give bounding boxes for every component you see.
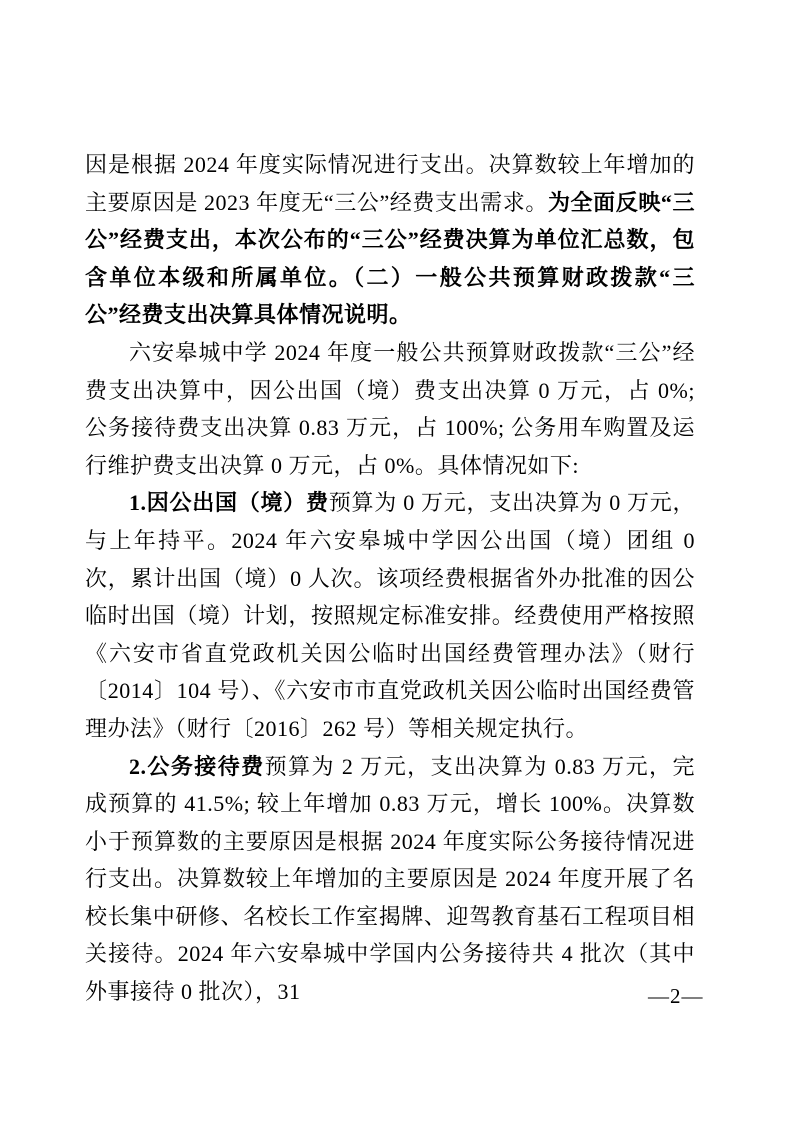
bold-text-segment: 2.公务接待费 xyxy=(129,754,265,779)
bold-text-segment: 1.因公出国（境）费 xyxy=(129,490,329,515)
document-page: 因是根据 2024 年度实际情况进行支出。决算数较上年增加的主要原因是 2023… xyxy=(0,0,793,1122)
text-segment: 六安皋城中学 2024 年度一般公共预算财政拨款“三公”经费支出决算中，因公出国… xyxy=(85,340,695,478)
text-segment: 预算为 2 万元，支出决算为 0.83 万元，完成预算的 41.5%; 较上年增… xyxy=(85,754,695,1005)
paragraph-overview: 六安皋城中学 2024 年度一般公共预算财政拨款“三公”经费支出决算中，因公出国… xyxy=(85,334,695,484)
paragraph-item2-reception-expense: 2.公务接待费预算为 2 万元，支出决算为 0.83 万元，完成预算的 41.5… xyxy=(85,748,695,1011)
document-body: 因是根据 2024 年度实际情况进行支出。决算数较上年增加的主要原因是 2023… xyxy=(85,146,695,1011)
paragraph-carryover: 因是根据 2024 年度实际情况进行支出。决算数较上年增加的主要原因是 2023… xyxy=(85,146,695,334)
page-number: —2— xyxy=(648,984,704,1009)
text-segment: 预算为 0 万元，支出决算为 0 万元，与上年持平。2024 年六安皋城中学因公… xyxy=(85,490,695,741)
paragraph-item1-abroad-expense: 1.因公出国（境）费预算为 0 万元，支出决算为 0 万元，与上年持平。2024… xyxy=(85,484,695,747)
